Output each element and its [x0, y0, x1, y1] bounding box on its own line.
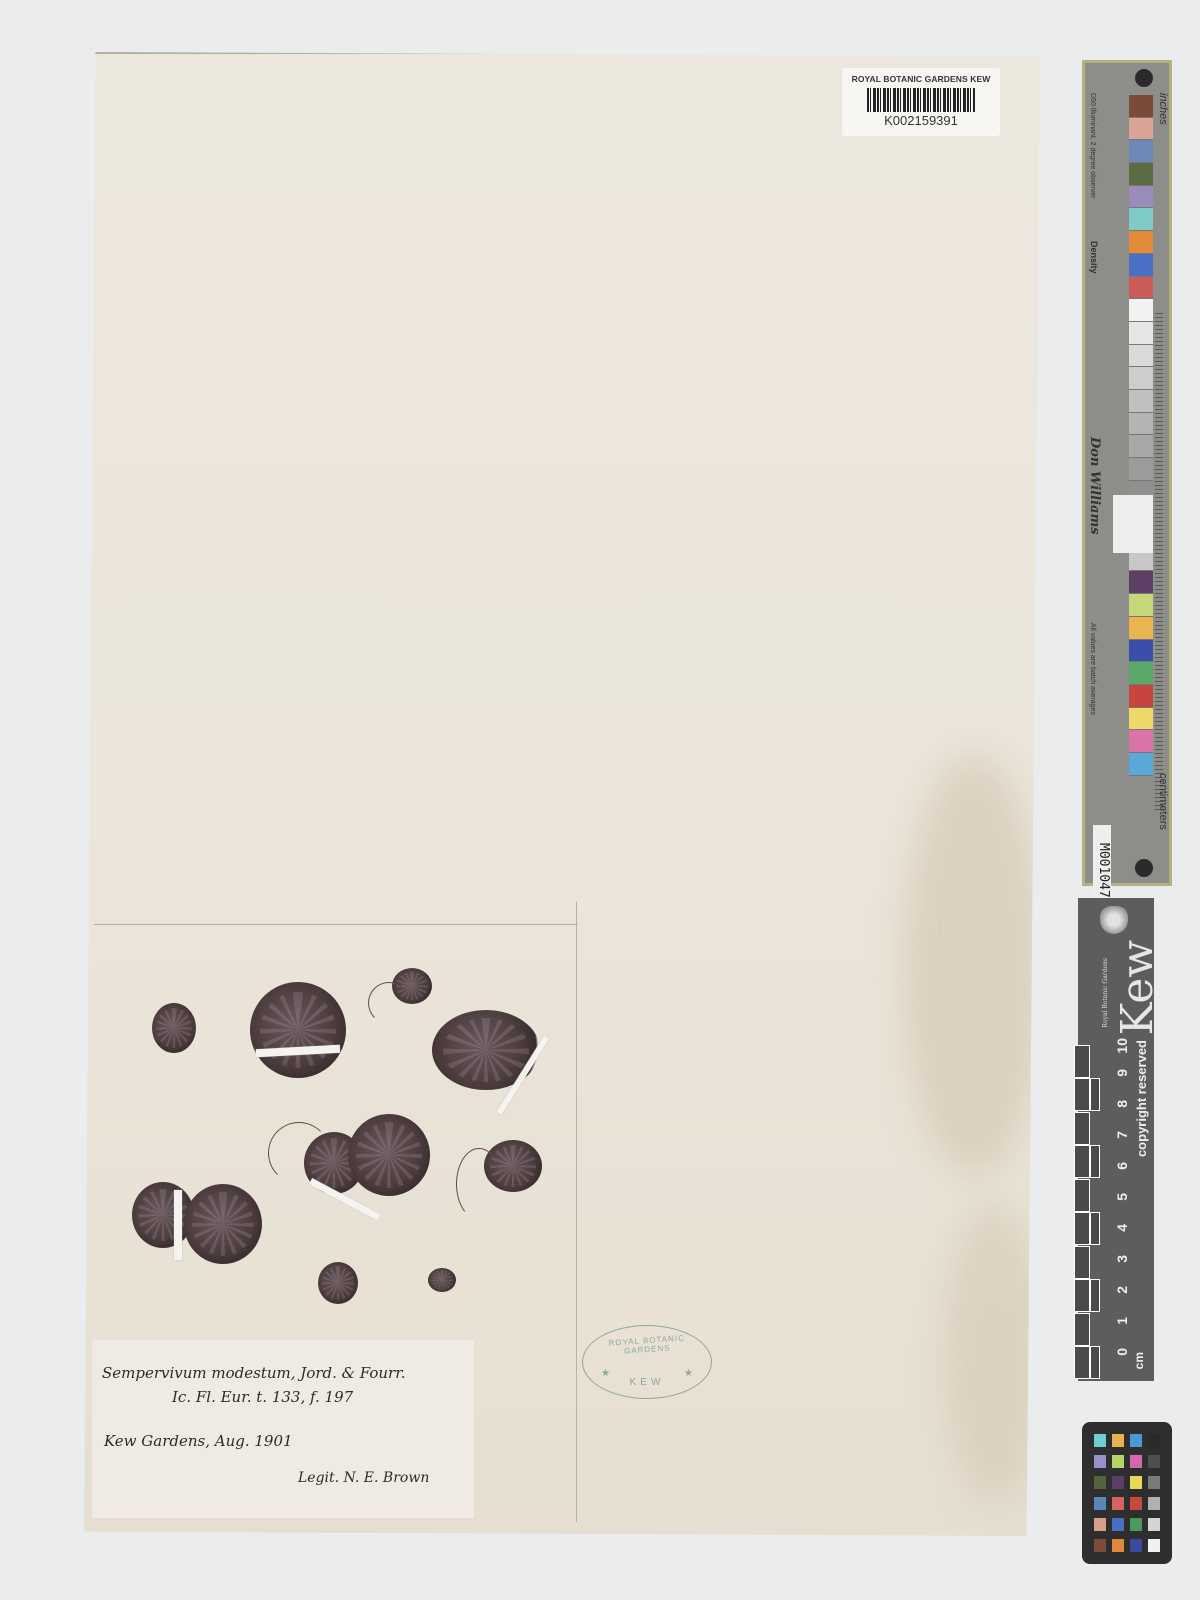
kew-scale-bar: Royal Botanic Gardens Kew copyright rese…	[1078, 898, 1154, 1381]
color-patch	[1129, 413, 1153, 436]
color-patch	[1129, 708, 1153, 731]
color-swatch	[1094, 1539, 1106, 1552]
barcode-number: K002159391	[842, 113, 1000, 128]
color-swatch	[1130, 1518, 1142, 1531]
color-patch	[1129, 571, 1153, 594]
scale-block	[1090, 1346, 1100, 1379]
units-bottom: centimeters	[1157, 773, 1169, 830]
barcode	[867, 88, 975, 112]
scale-number: 8	[1114, 1100, 1130, 1108]
scale-block	[1074, 1279, 1090, 1312]
scale-block	[1074, 1078, 1090, 1111]
color-patch	[1129, 753, 1153, 776]
color-patch	[1129, 730, 1153, 753]
color-swatch	[1112, 1476, 1124, 1489]
color-swatch	[1094, 1518, 1106, 1531]
scale-number: 1	[1114, 1317, 1130, 1325]
sheet-stain	[904, 754, 1044, 1174]
values-note: All values are batch averages	[1089, 623, 1096, 715]
institution-name: ROYAL BOTANIC GARDENS KEW	[842, 74, 1000, 84]
mm-scale	[1155, 313, 1163, 813]
color-patch	[1129, 390, 1153, 413]
density-label: Density	[1089, 241, 1099, 274]
rosette	[152, 1003, 196, 1053]
locality-date: Kew Gardens, Aug. 1901	[104, 1432, 293, 1450]
scale-block	[1074, 1346, 1090, 1379]
sheet-stain	[944, 1204, 1044, 1504]
color-patch	[1129, 208, 1153, 231]
color-swatch	[1148, 1476, 1160, 1489]
color-patch	[1129, 617, 1153, 640]
scale-block	[1074, 1112, 1090, 1145]
packet-fold-line	[576, 902, 577, 1522]
scale-number: 4	[1114, 1224, 1130, 1232]
color-swatch	[1094, 1497, 1106, 1510]
rosette	[318, 1262, 358, 1304]
scale-block	[1074, 1145, 1090, 1178]
root	[456, 1148, 502, 1220]
color-patch	[1129, 662, 1153, 685]
scale-block	[1090, 1279, 1100, 1312]
mounting-strap	[174, 1190, 182, 1260]
color-patch	[1129, 594, 1153, 617]
color-swatch	[1112, 1497, 1124, 1510]
rosette	[184, 1184, 262, 1264]
color-patch	[1129, 640, 1153, 663]
color-swatch	[1094, 1476, 1106, 1489]
scale-number: 10	[1114, 1038, 1130, 1054]
packet-fold-line	[94, 924, 578, 925]
color-patch	[1129, 163, 1153, 186]
root	[368, 982, 410, 1024]
color-patch	[1129, 367, 1153, 390]
taxon-name: Sempervivum modestum, Jord. & Fourr.	[102, 1364, 406, 1382]
scale-number: 3	[1114, 1255, 1130, 1263]
brand-name: Don Williams	[1087, 437, 1102, 535]
color-patch	[1129, 435, 1153, 458]
color-patch	[1129, 231, 1153, 254]
color-patch	[1129, 140, 1153, 163]
institution-stamp: ROYAL BOTANIC GARDENS ★ ★ KEW	[582, 1325, 712, 1399]
color-swatch	[1148, 1497, 1160, 1510]
color-checker-card	[1082, 1422, 1172, 1564]
rosette	[250, 982, 346, 1078]
scale-number: 9	[1114, 1069, 1130, 1077]
color-swatch	[1130, 1434, 1142, 1447]
scale-blocks	[1074, 1040, 1104, 1380]
color-patch	[1129, 118, 1153, 141]
units-top: inches	[1157, 93, 1169, 125]
scale-block	[1090, 1078, 1100, 1111]
color-patch	[1129, 322, 1153, 345]
scale-block	[1074, 1045, 1090, 1078]
barcode-label: ROYAL BOTANIC GARDENS KEW K002159391	[842, 68, 1000, 136]
stamp-bottom-text: KEW	[583, 1377, 711, 1388]
root	[268, 1122, 330, 1184]
scale-block	[1090, 1212, 1100, 1245]
color-swatch	[1112, 1455, 1124, 1468]
color-patch	[1129, 299, 1153, 322]
unit-label: cm	[1132, 1352, 1146, 1369]
scale-number: 7	[1114, 1131, 1130, 1139]
color-patch	[1129, 277, 1153, 300]
color-swatch	[1148, 1455, 1160, 1468]
color-swatch	[1094, 1434, 1106, 1447]
color-patch	[1129, 186, 1153, 209]
color-swatch	[1130, 1476, 1142, 1489]
kew-logo: Kew	[1112, 940, 1163, 1035]
scale-block	[1074, 1313, 1090, 1346]
color-swatch	[1130, 1455, 1142, 1468]
scale-block	[1074, 1246, 1090, 1279]
ruler-hole	[1135, 69, 1153, 87]
scale-number: 6	[1114, 1162, 1130, 1170]
color-swatch	[1130, 1539, 1142, 1552]
color-patch	[1129, 345, 1153, 368]
color-patch	[1129, 95, 1153, 118]
scale-block	[1090, 1145, 1100, 1178]
kew-sub-logo: Royal Botanic Gardens	[1102, 958, 1109, 1028]
color-swatch	[1112, 1539, 1124, 1552]
color-patch	[1129, 254, 1153, 277]
color-swatch	[1148, 1539, 1160, 1552]
ruler-hole	[1135, 859, 1153, 877]
color-swatch	[1130, 1497, 1142, 1510]
scale-number: 2	[1114, 1286, 1130, 1294]
rosette	[428, 1268, 456, 1292]
color-patch	[1129, 458, 1153, 481]
scale-block	[1074, 1179, 1090, 1212]
stamp-top-text: ROYAL BOTANIC GARDENS	[593, 1332, 702, 1357]
color-swatch	[1148, 1518, 1160, 1531]
scale-number: 0	[1114, 1348, 1130, 1356]
illuminant-note: D50 Illuminant, 2 degree observer	[1089, 93, 1096, 198]
determination-label: Sempervivum modestum, Jord. & Fourr. Ic.…	[92, 1340, 474, 1518]
collector: Legit. N. E. Brown	[298, 1470, 429, 1486]
color-swatch	[1112, 1518, 1124, 1531]
color-swatch	[1148, 1434, 1160, 1447]
rosette	[348, 1114, 430, 1196]
crest-icon	[1100, 906, 1128, 934]
color-patch	[1129, 685, 1153, 708]
color-swatch	[1094, 1455, 1106, 1468]
herbarium-sheet	[84, 52, 1040, 1536]
scale-number: 5	[1114, 1193, 1130, 1201]
reference: Ic. Fl. Eur. t. 133, f. 197	[172, 1388, 353, 1406]
density-chart	[1113, 495, 1153, 553]
scale-block	[1074, 1212, 1090, 1245]
color-patches	[1129, 95, 1153, 776]
copyright-text: copyright reserved	[1134, 1040, 1149, 1157]
color-calibration-ruler: inches centimeters D50 Illuminant, 2 deg…	[1082, 60, 1172, 886]
color-swatch	[1112, 1434, 1124, 1447]
